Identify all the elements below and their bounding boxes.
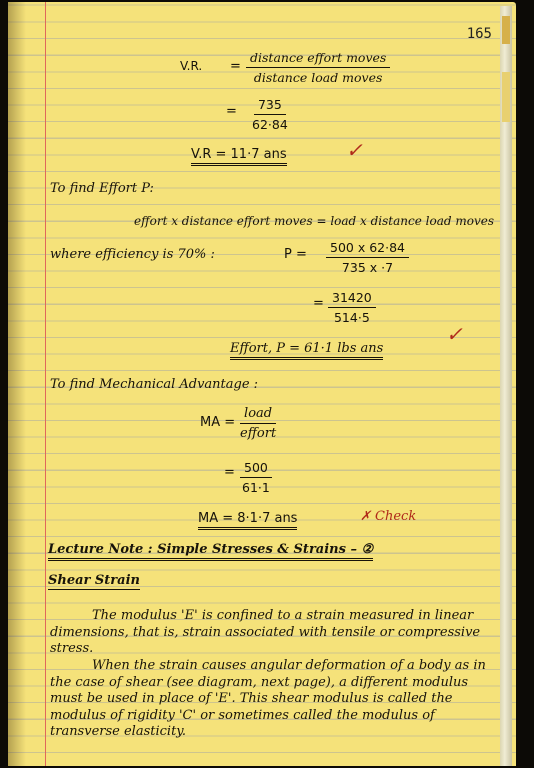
vr-numerator: distance effort moves (246, 50, 390, 68)
ma-label: MA = (200, 416, 235, 429)
check-mark-icon: ✓ (446, 324, 463, 344)
margin-line (45, 2, 46, 766)
p-denominator: 735 x ·7 (342, 258, 393, 275)
effort-result: Effort, P = 61·1 lbs ans (230, 342, 383, 360)
ma-result: MA = 8·1·7 ans (198, 512, 297, 530)
p-numerator: 500 x 62·84 (326, 240, 409, 258)
ma2-denominator: 61·1 (242, 478, 270, 495)
p-fraction: 500 x 62·84 735 x ·7 (326, 240, 409, 275)
equals-sign: = (230, 60, 241, 73)
vr-result: V.R = 11·7 ans (191, 148, 287, 166)
ma2-fraction: 500 61·1 (240, 460, 272, 495)
paragraph-1: The modulus 'E' is confined to a strain … (50, 608, 500, 658)
effort-heading: To find Effort P: (50, 182, 154, 195)
effort-equation: effort x distance effort moves = load x … (134, 215, 494, 227)
check-mark-icon: ✓ (346, 140, 363, 160)
vr-value-numerator: 735 (254, 97, 286, 115)
vr-value-fraction: 735 62·84 (252, 97, 288, 132)
p2-fraction: 31420 514·5 (328, 290, 376, 325)
page-number: 165 (467, 26, 492, 42)
ma-fraction: load effort (240, 406, 276, 441)
efficiency-label: where efficiency is 70% : (50, 248, 215, 261)
vr-value-denominator: 62·84 (252, 115, 288, 132)
equals-sign: = (226, 105, 237, 118)
equals-sign: = (313, 297, 324, 310)
notebook-page: 165 V.R. = distance effort moves distanc… (8, 2, 516, 766)
ma-heading: To find Mechanical Advantage : (50, 378, 258, 391)
p-label: P = (284, 248, 307, 261)
equals-sign: = (224, 466, 235, 479)
teacher-note-check: ✗ Check (360, 510, 416, 523)
page-tab (502, 72, 510, 122)
page-tab (502, 16, 510, 44)
ma-numerator: load (240, 406, 276, 424)
vr-denominator: distance load moves (254, 68, 383, 85)
shear-strain-heading: Shear Strain (48, 574, 140, 590)
vr-formula-fraction: distance effort moves distance load move… (246, 50, 390, 85)
lecture-note-title: Lecture Note : Simple Stresses & Strains… (48, 543, 373, 561)
paragraph-2: When the strain causes angular deformati… (50, 658, 500, 741)
p2-denominator: 514·5 (334, 308, 370, 325)
vr-label: V.R. (180, 60, 202, 72)
p2-numerator: 31420 (328, 290, 376, 308)
ma2-numerator: 500 (240, 460, 272, 478)
ma-denominator: effort (240, 424, 276, 441)
